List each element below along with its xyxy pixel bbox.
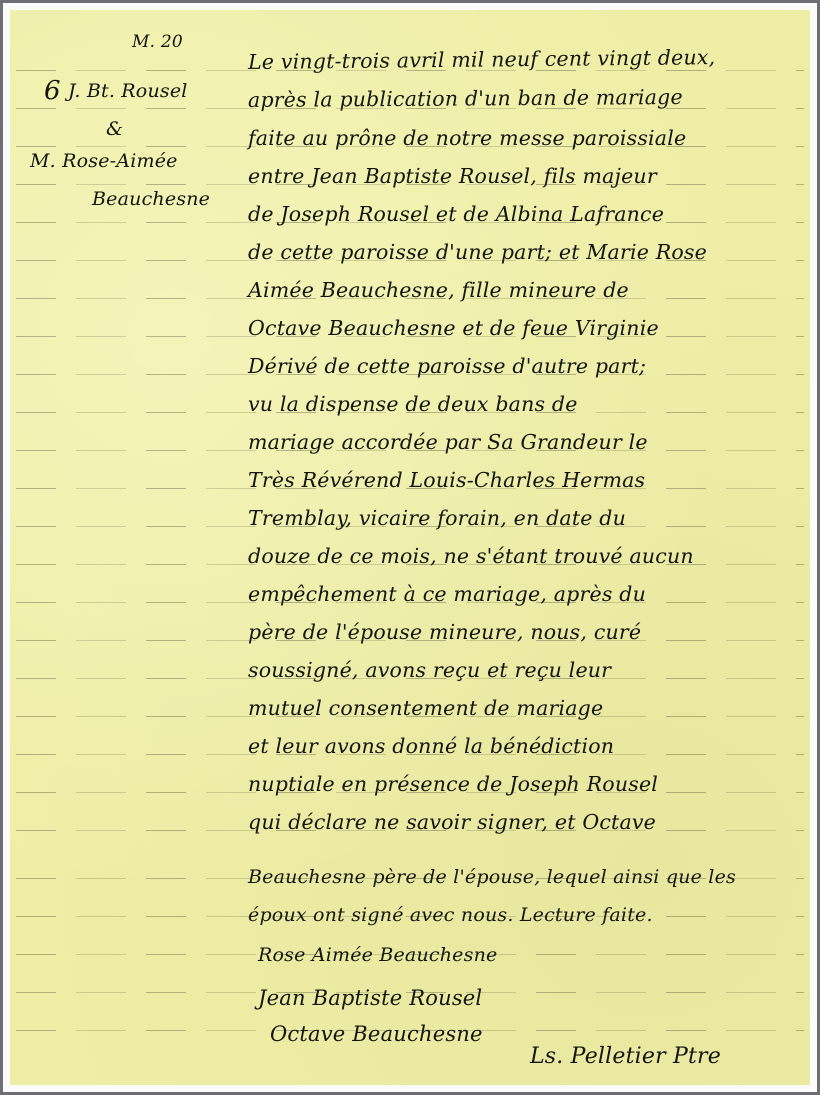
record-line: Très Révérend Louis-Charles Hermas [248,468,645,492]
entry-number: 6 [44,76,61,106]
folio-mark: M. 20 [132,32,183,52]
record-line: mariage accordée par Sa Grandeur le [248,430,648,454]
signature-bride-father: Octave Beauchesne [270,1022,483,1046]
margin-bride-name: M. Rose-Aimée [30,150,178,172]
record-line: Beauchesne père de l'épouse, lequel ains… [248,866,736,888]
signature-bride: Rose Aimée Beauchesne [258,944,497,966]
record-line: et leur avons donné la bénédiction [248,734,614,758]
record-line: nuptiale en présence de Joseph Rousel [248,772,658,796]
record-line: Octave Beauchesne et de feue Virginie [248,316,659,340]
record-line: faite au prône de notre messe paroissial… [248,126,686,150]
record-line: qui déclare ne savoir signer, et Octave [248,810,656,834]
record-line: après la publication d'un ban de mariage [248,85,683,112]
record-line: entre Jean Baptiste Rousel, fils majeur [248,164,657,188]
margin-bride-surname: Beauchesne [92,188,210,210]
signature-groom: Jean Baptiste Rousel [258,986,482,1010]
margin-groom-name: J. Bt. Rousel [68,80,188,102]
margin-separator: & [106,118,123,140]
record-line: Tremblay, vicaire forain, en date du [248,506,626,530]
record-line: père de l'épouse mineure, nous, curé [248,620,641,644]
register-page: M. 20 6 J. Bt. Rousel & M. Rose-Aimée Be… [10,10,810,1085]
record-line: de cette paroisse d'une part; et Marie R… [248,240,707,264]
record-line: époux ont signé avec nous. Lecture faite… [248,904,653,926]
record-line: Aimée Beauchesne, fille mineure de [248,278,629,302]
signature-priest: Ls. Pelletier Ptre [530,1044,721,1069]
record-line: Dérivé de cette paroisse d'autre part; [248,354,646,378]
record-line: douze de ce mois, ne s'étant trouvé aucu… [248,544,694,568]
record-line: mutuel consentement de mariage [248,696,603,720]
record-line: empêchement à ce mariage, après du [248,582,646,606]
record-line: de Joseph Rousel et de Albina Lafrance [248,202,664,226]
record-line: vu la dispense de deux bans de [248,392,578,416]
record-line: Le vingt-trois avril mil neuf cent vingt… [248,45,716,74]
record-line: soussigné, avons reçu et reçu leur [248,658,611,682]
